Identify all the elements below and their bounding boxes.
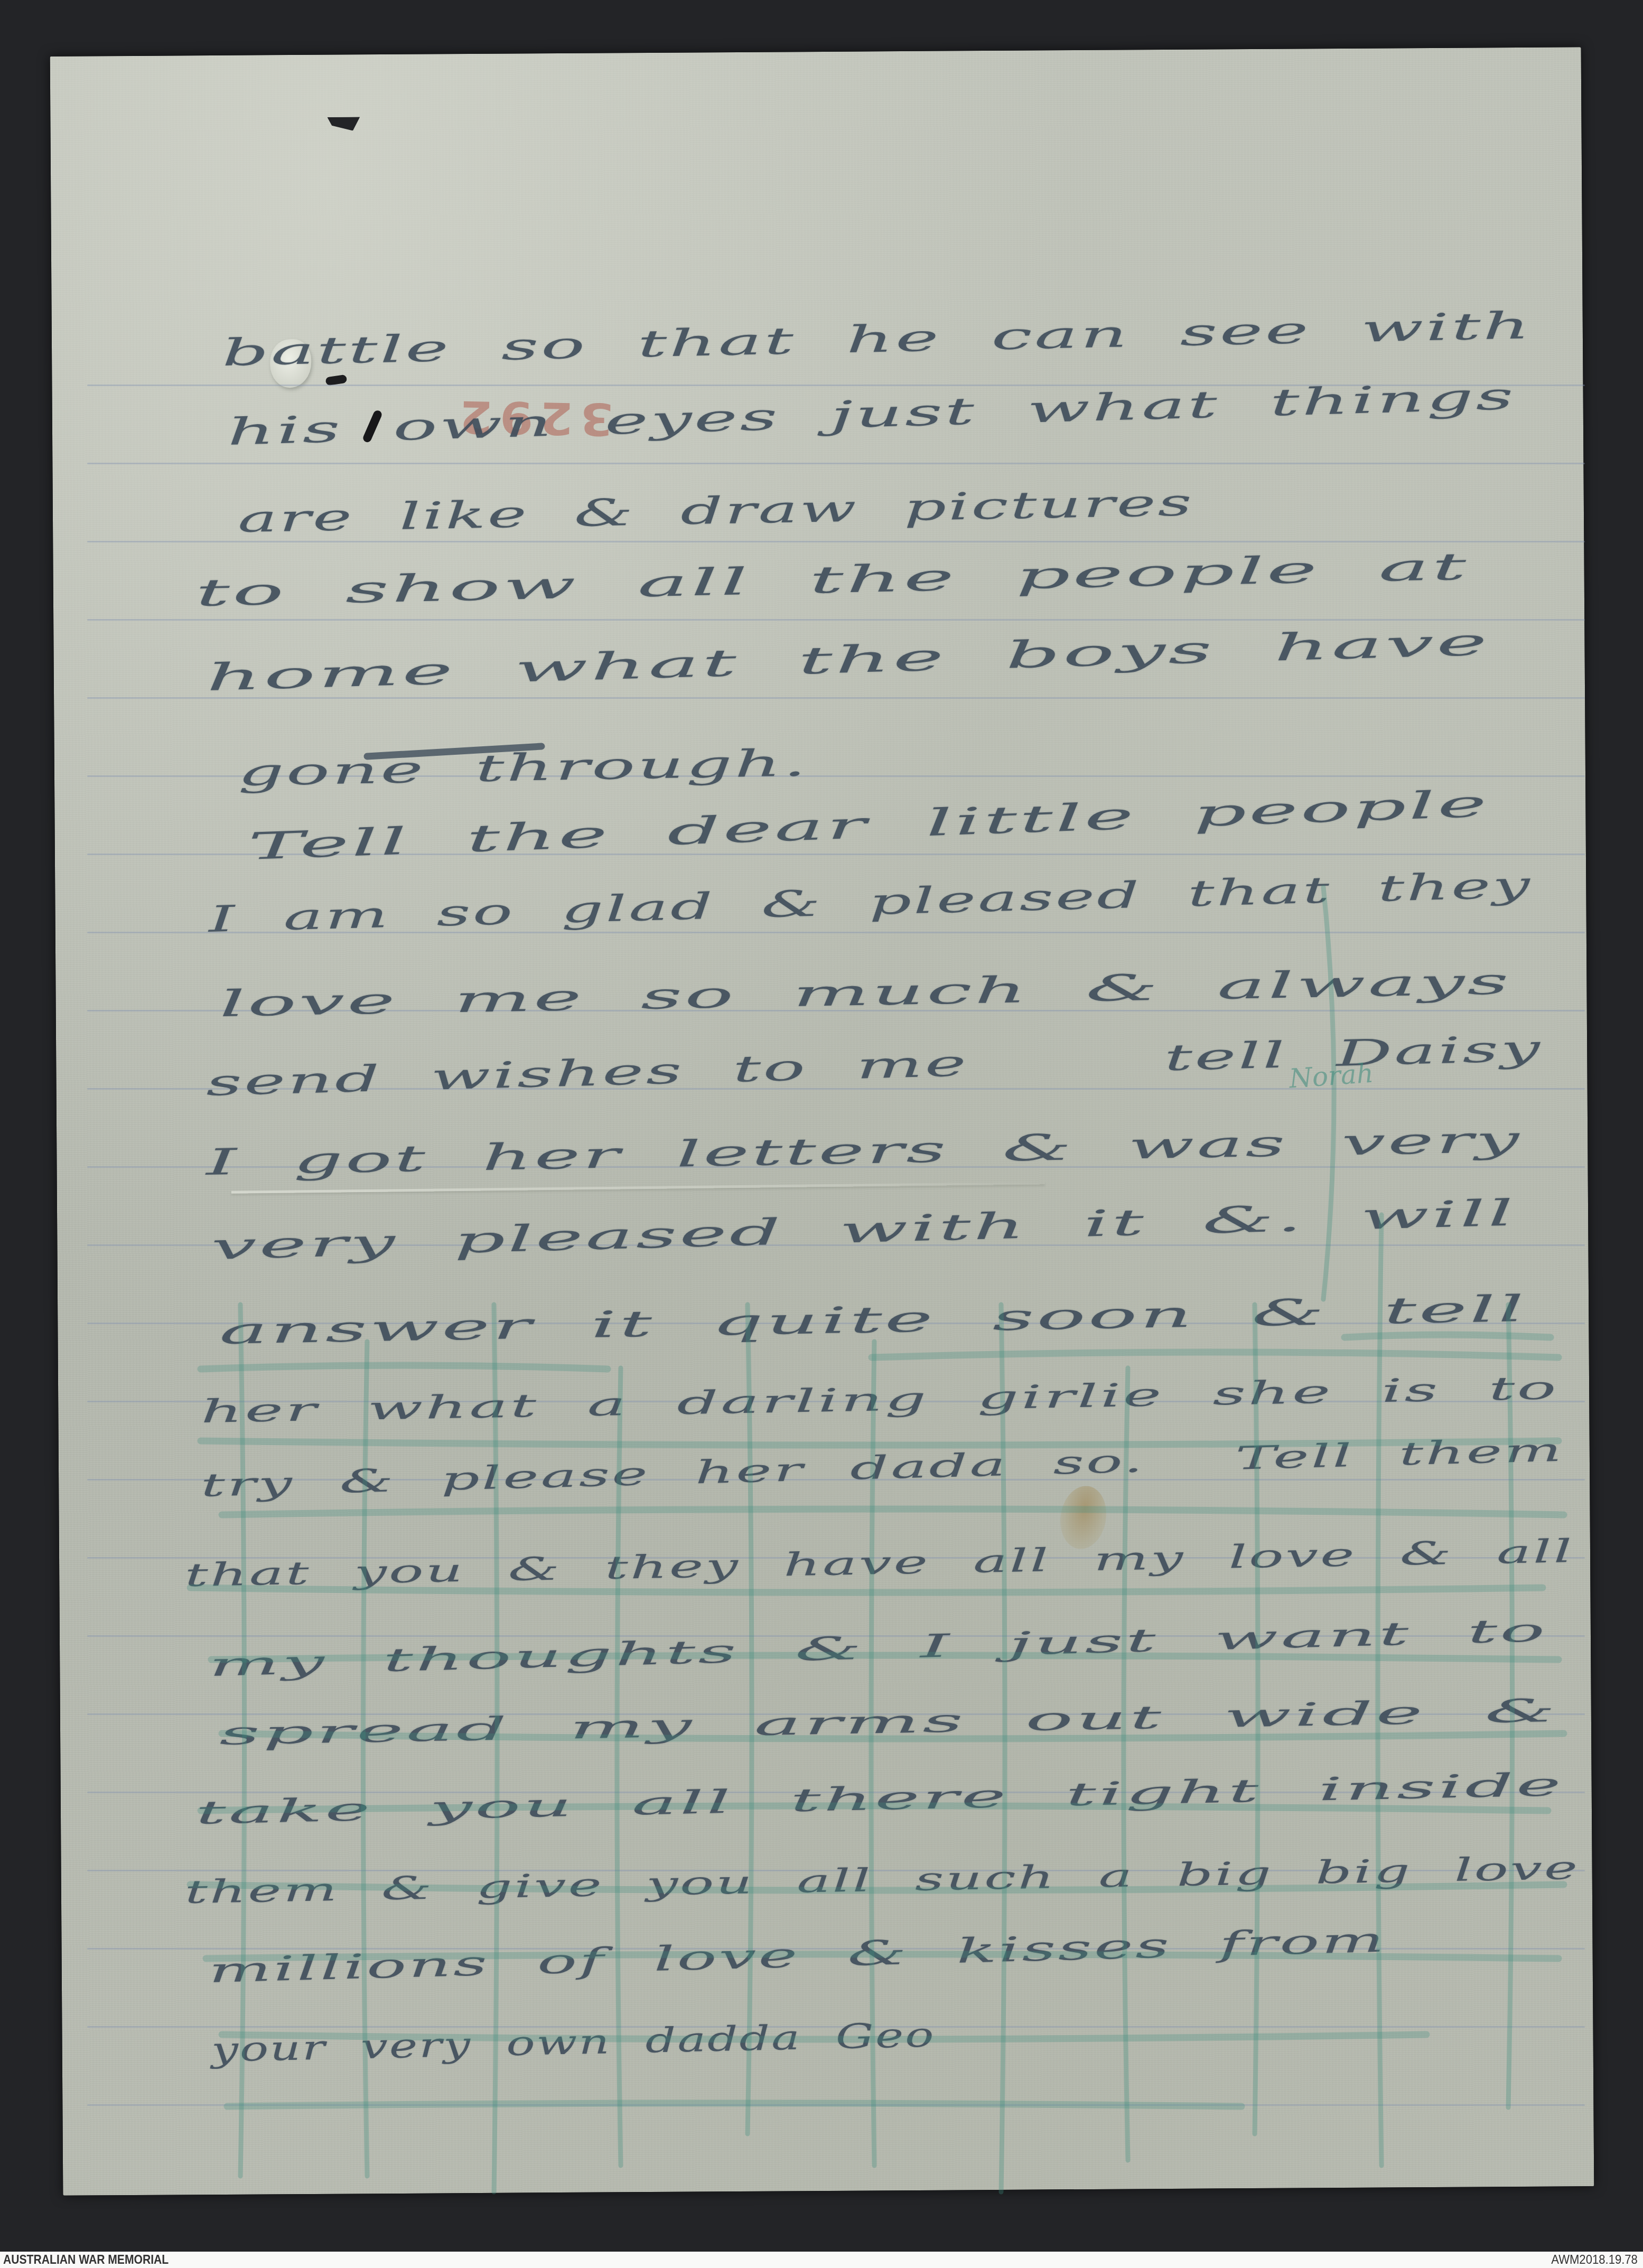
paper-tear-notch [327,117,360,130]
ruled-line [87,463,1585,464]
scan-background: 3292 battle so that he can see withhis o… [0,0,1643,2268]
ruled-line [87,541,1585,542]
archive-name: AUSTRALIAN WAR MEMORIAL [3,2253,169,2267]
paper-crease [231,1182,1045,1193]
ruled-line [87,697,1585,699]
archive-accession-number: AWM2018.19.78 [1551,2253,1638,2267]
archive-footer-bar: AUSTRALIAN WAR MEMORIAL AWM2018.19.78 [0,2252,1643,2268]
ruled-line [87,2104,1585,2106]
ruled-line [87,619,1585,621]
pencil-annotation: Norah [1288,1057,1374,1094]
